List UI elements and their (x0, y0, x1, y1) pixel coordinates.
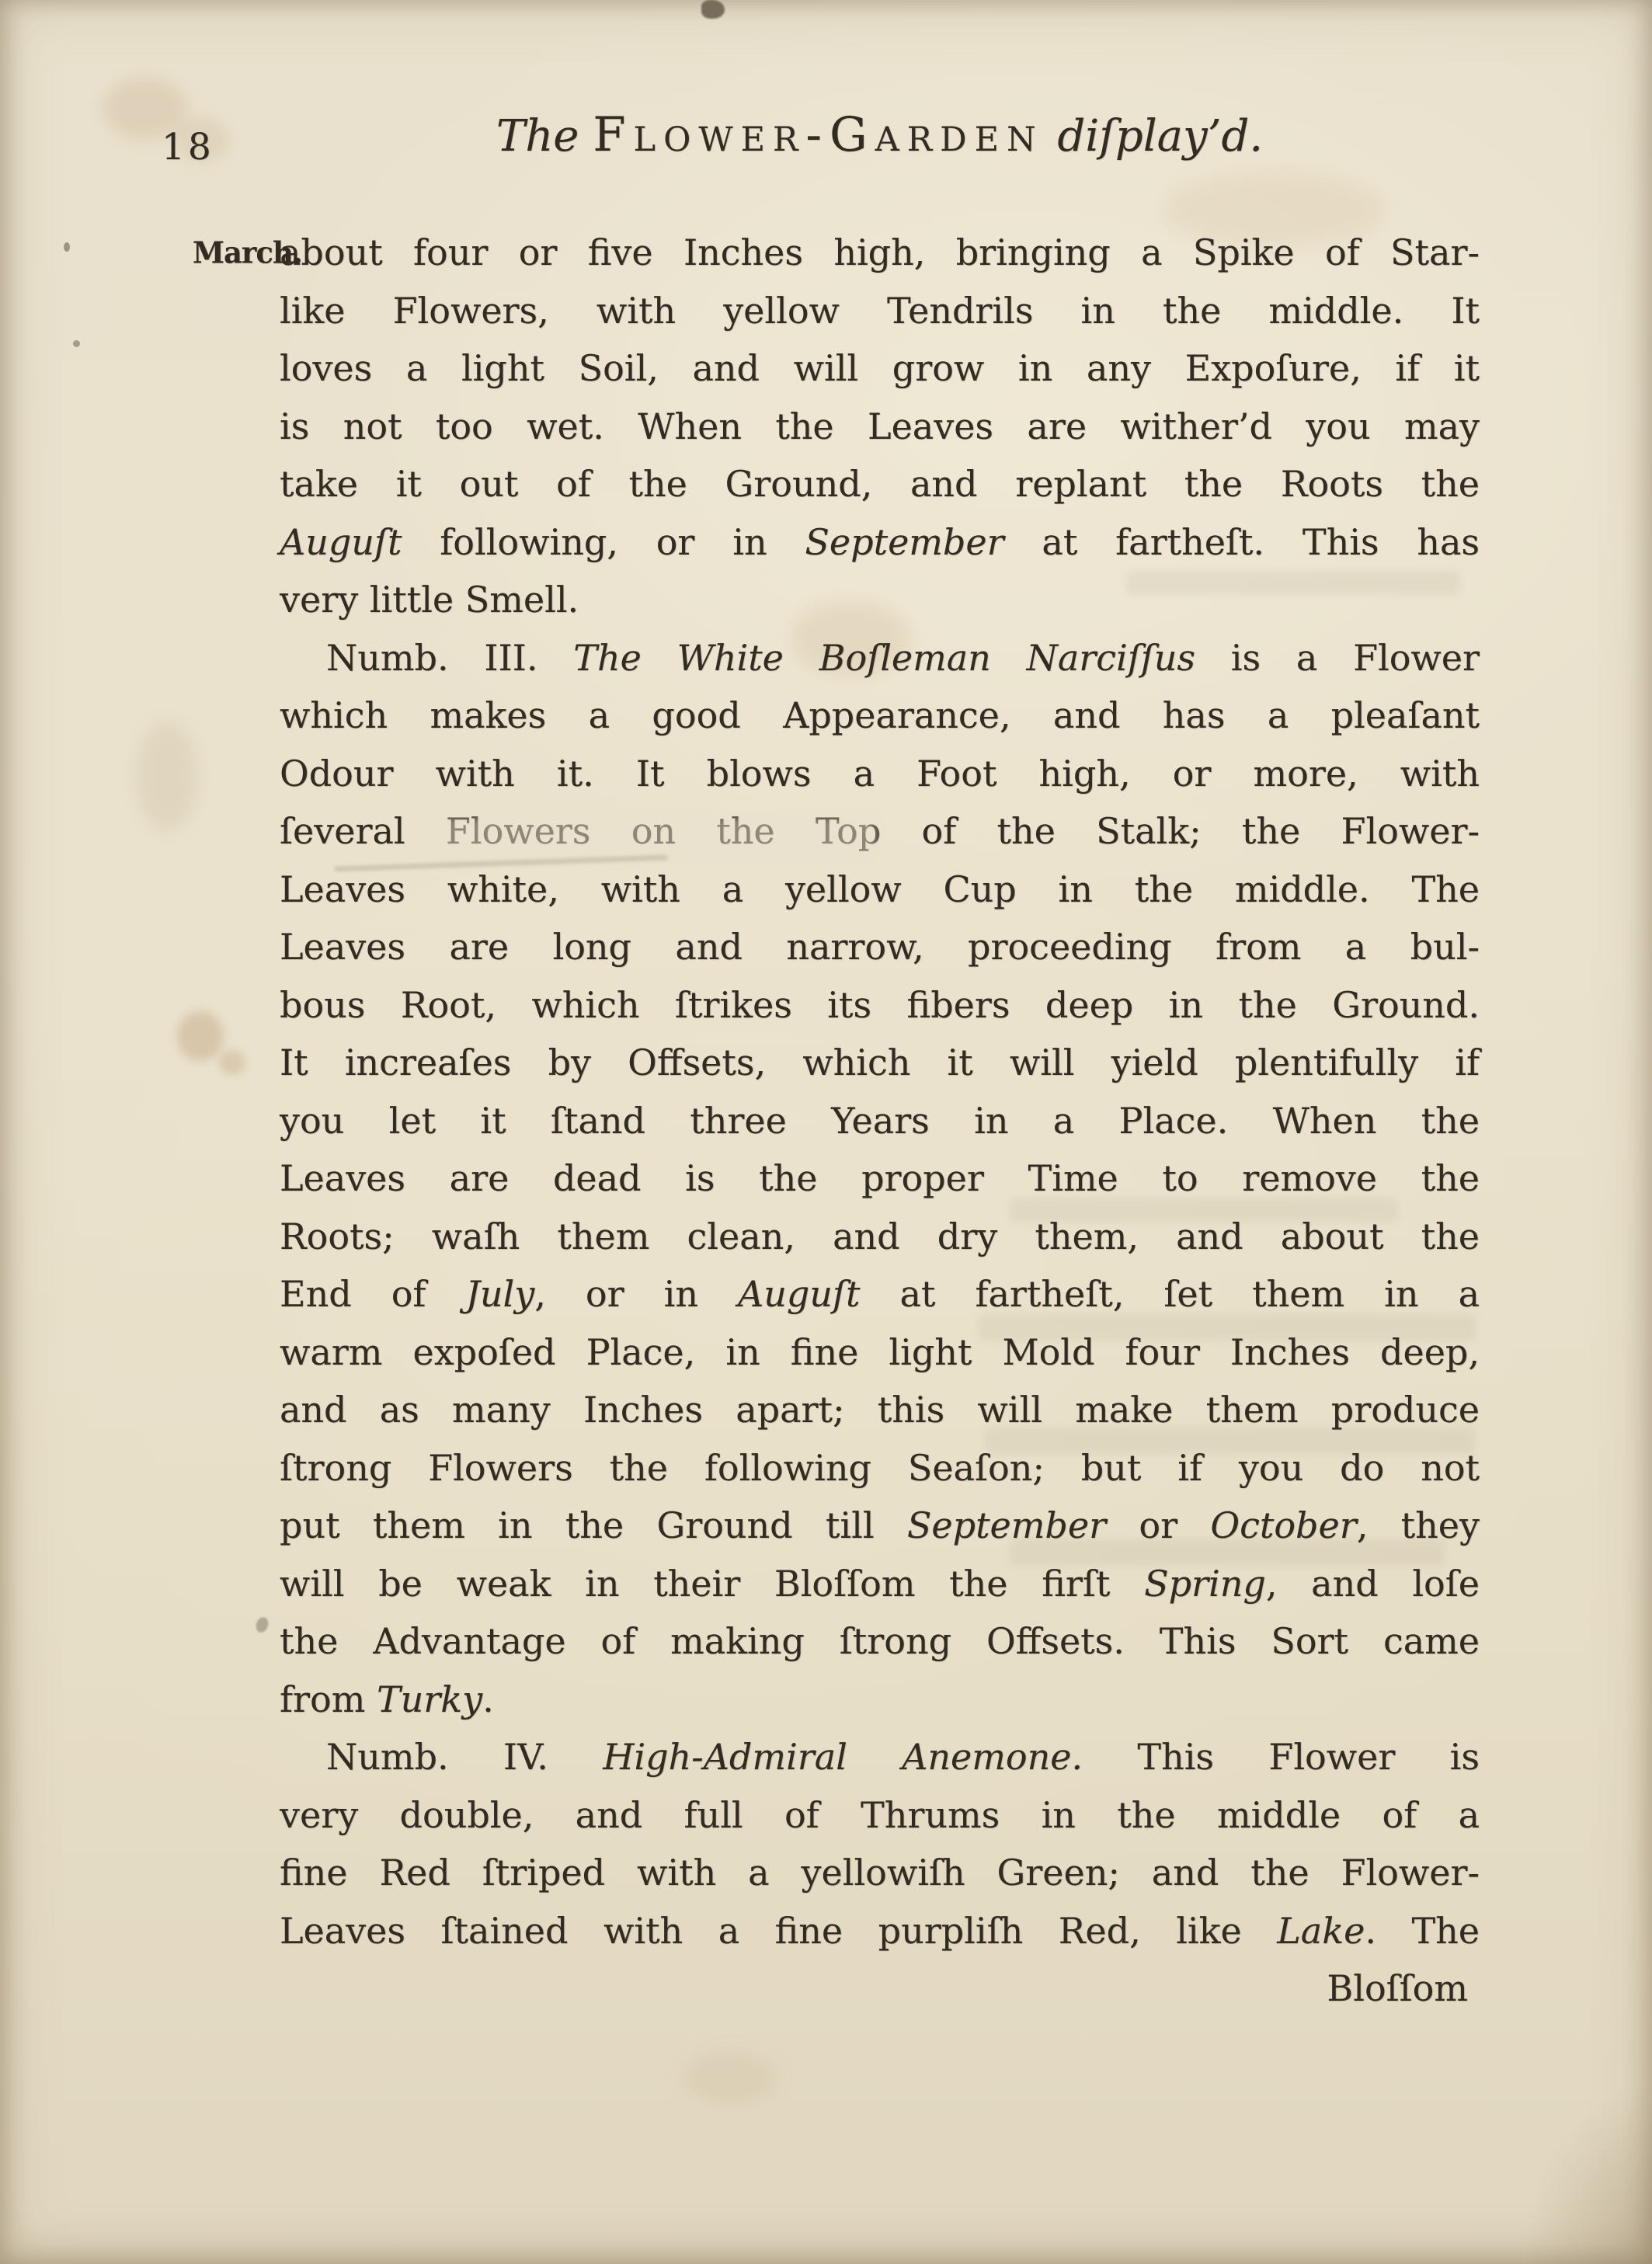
text-line: Leaves are dead is the proper Time to re… (280, 1149, 1480, 1208)
text-segment: the Advantage of making ſtrong Offsets. … (280, 1620, 1480, 1662)
text-segment: take it out of the Ground, and replant t… (280, 463, 1480, 505)
text-segment: High-Admiral Anemone. (603, 1736, 1083, 1778)
text-segment: Leaves are long and narrow, proceeding f… (280, 926, 1480, 968)
text-line: It increaſes by Offsets, which it will y… (280, 1034, 1480, 1092)
text-line: take it out of the Ground, and replant t… (280, 455, 1480, 513)
text-segment: ſeveral Flowers on the Top of the Stalk;… (280, 810, 1480, 852)
text-segment: Numb. III. (326, 637, 573, 679)
stain (219, 1050, 245, 1075)
speck (254, 1615, 270, 1634)
text-line: like Flowers, with yellow Tendrils in th… (280, 282, 1480, 340)
text-segment: October (1210, 1504, 1356, 1546)
text-line: loves a light Soil, and will grow in any… (280, 339, 1480, 398)
text-segment: July (465, 1273, 534, 1315)
text-line: End of July, or in Auguſt at fartheſt, ſ… (280, 1265, 1480, 1323)
text-segment: very little Smell. (280, 579, 579, 621)
text-line: from Turky. (280, 1671, 1480, 1729)
text-line: will be weak in their Bloſſom the firſt … (280, 1555, 1480, 1613)
text-segment: , and loſe (1266, 1563, 1480, 1605)
text-segment: is a Flower (1195, 637, 1480, 679)
text-segment: . The (1365, 1910, 1480, 1952)
text-segment: you let it ſtand three Years in a Place.… (280, 1100, 1480, 1142)
text-segment: at fartheſt, ſet them in a (860, 1273, 1480, 1315)
text-line: put them in the Ground till September or… (280, 1497, 1480, 1555)
text-line: the Advantage of making ſtrong Offsets. … (280, 1612, 1480, 1671)
text-segment: Turky (377, 1678, 482, 1720)
body-text: about four or five Inches high, bringing… (280, 224, 1480, 1960)
text-segment: Leaves are dead is the proper Time to re… (280, 1157, 1480, 1199)
stain (177, 1011, 224, 1061)
running-header: The Flower-Garden diſplay’d. (280, 107, 1480, 162)
text-segment: Auguſt (280, 521, 402, 563)
page-number: 18 (162, 126, 214, 169)
text-segment: following, or in (402, 521, 805, 563)
text-segment: , they (1357, 1504, 1480, 1546)
text-line: Roots; waſh them clean, and dry them, an… (280, 1208, 1480, 1266)
text-segment: Roots; waſh them clean, and dry them, an… (280, 1215, 1480, 1257)
text-segment: diſplay’d. (1044, 111, 1264, 162)
ink-blot (701, 0, 725, 19)
text-segment: Numb. IV. (326, 1736, 603, 1778)
text-segment: Leaves ſtained with a fine purpliſh Red,… (280, 1910, 1277, 1952)
text-line: you let it ſtand three Years in a Place.… (280, 1092, 1480, 1150)
text-segment: The White Boſleman Narciſſus (573, 637, 1195, 679)
text-line: about four or five Inches high, bringing… (280, 224, 1480, 282)
stain (683, 2050, 777, 2105)
text-segment: fine Red ſtriped with a yellowiſh Green;… (280, 1852, 1480, 1894)
text-segment: or (1106, 1504, 1210, 1546)
speck (73, 340, 80, 347)
text-line: very little Smell. (280, 571, 1480, 629)
text-line: ſtrong Flowers the following Seaſon; but… (280, 1439, 1480, 1497)
text-segment: It increaſes by Offsets, which it will y… (280, 1042, 1480, 1083)
text-segment: put them in the Ground till (280, 1504, 907, 1546)
text-segment: is not too wet. When the Leaves are with… (280, 405, 1480, 447)
text-segment: September (907, 1504, 1106, 1546)
text-segment: Auguſt (738, 1273, 860, 1315)
text-segment: at fartheſt. This has (1004, 521, 1480, 563)
text-segment: Odour with it. It blows a Foot high, or … (280, 753, 1480, 795)
text-line: Odour with it. It blows a Foot high, or … (280, 745, 1480, 803)
text-line: Numb. IV. High-Admiral Anemone. This Flo… (280, 1728, 1480, 1786)
text-segment: warm expoſed Place, in fine light Mold f… (280, 1331, 1480, 1373)
text-segment: which makes a good Appearance, and has a… (280, 694, 1480, 736)
text-segment: End of (280, 1273, 465, 1315)
text-segment: bous Root, which ſtrikes its fibers deep… (280, 984, 1480, 1026)
text-line: fine Red ſtriped with a yellowiſh Green;… (280, 1844, 1480, 1902)
catchword: Bloſſom (280, 1960, 1468, 2018)
text-segment: Lake (1277, 1910, 1365, 1952)
text-segment: from (280, 1678, 377, 1720)
text-segment: Leaves white, with a yellow Cup in the m… (280, 868, 1480, 910)
text-line: very double, and full of Thrums in the m… (280, 1786, 1480, 1845)
text-segment: This Flower is (1083, 1736, 1480, 1778)
text-line: warm expoſed Place, in fine light Mold f… (280, 1323, 1480, 1382)
text-line: Leaves are long and narrow, proceeding f… (280, 918, 1480, 976)
text-segment: Spring (1144, 1563, 1266, 1605)
text-line: ſeveral Flowers on the Top of the Stalk;… (280, 802, 1480, 861)
text-segment: will be weak in their Bloſſom the firſt (280, 1563, 1144, 1605)
text-segment: . (482, 1678, 494, 1720)
text-segment: about four or five Inches high, bringing… (280, 231, 1480, 273)
text-line: which makes a good Appearance, and has a… (280, 687, 1480, 745)
stain (136, 722, 198, 831)
text-line: Numb. III. The White Boſleman Narciſſus … (280, 629, 1480, 687)
text-line: Leaves white, with a yellow Cup in the m… (280, 861, 1480, 919)
text-segment: , or in (534, 1273, 738, 1315)
text-segment: The (496, 111, 593, 162)
text-segment: and as many Inches apart; this will make… (280, 1389, 1480, 1431)
text-line: Leaves ſtained with a fine purpliſh Red,… (280, 1902, 1480, 1960)
book-page: 18 The Flower-Garden diſplay’d. March. a… (0, 0, 1652, 2264)
text-segment: like Flowers, with yellow Tendrils in th… (280, 290, 1480, 332)
text-line: Auguſt following, or in September at far… (280, 513, 1480, 572)
text-segment: ſtrong Flowers the following Seaſon; but… (280, 1447, 1480, 1489)
text-line: is not too wet. When the Leaves are with… (280, 398, 1480, 456)
speck (64, 242, 70, 252)
text-segment: very double, and full of Thrums in the m… (280, 1794, 1480, 1836)
text-line: bous Root, which ſtrikes its fibers deep… (280, 976, 1480, 1035)
text-segment: loves a light Soil, and will grow in any… (280, 347, 1480, 389)
page-corner-shading (1522, 2081, 1652, 2264)
text-segment: Flower-Garden (593, 107, 1043, 162)
text-segment: September (805, 521, 1003, 563)
text-line: and as many Inches apart; this will make… (280, 1381, 1480, 1439)
